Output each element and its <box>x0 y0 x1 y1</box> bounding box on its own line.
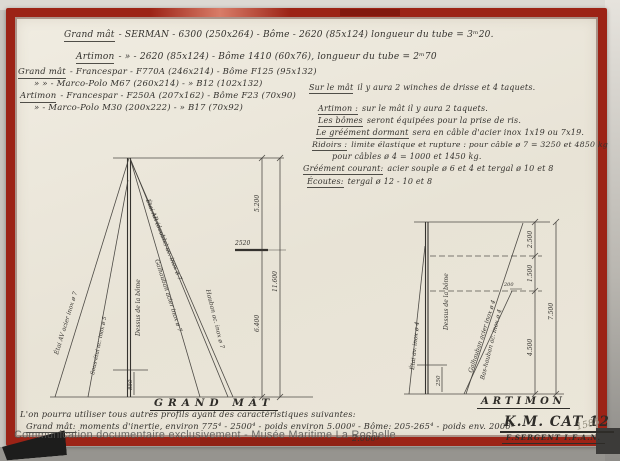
spec-label: Artimon <box>76 52 114 64</box>
author-signature: F.SERGENT I.F.A.N. <box>502 433 605 444</box>
note-line: Sur le mâtil y aura 2 winches de drisse … <box>309 83 535 92</box>
dim-small: 200 <box>503 282 514 288</box>
spec-label: Grand mât <box>64 30 115 42</box>
note-text: acier souple ø 6 et 4 et tergal ø 10 et … <box>387 164 553 173</box>
note-text: sur le mât il y aura 2 taquets. <box>362 104 488 113</box>
spec-text: - Francespar - F250A (207x162) - Bôme F2… <box>60 91 296 101</box>
spec-text: - SERMAN - 6300 (250x264) - Bôme - 2620 … <box>119 30 494 40</box>
note-text: sera en câble d'acier inox 1x19 ou 7x19. <box>413 128 585 137</box>
photo-margin-right <box>605 0 620 461</box>
dim-total: 11.600 <box>272 271 279 292</box>
note-line: Le gréément dormantsera en câble d'acier… <box>316 128 584 137</box>
note-line: pour câbles ø 4 = 1000 et 1450 kg. <box>332 152 482 161</box>
spec-line: Grand mât- Francespar - F770A (246x214) … <box>18 67 317 77</box>
note-text: seront équipées pour la prise de ris. <box>367 116 521 125</box>
stay-label-sous-etai: Sous-étai ac. inox ø 5 <box>89 315 108 375</box>
artimon-title: ARTIMON <box>477 396 570 409</box>
dim-spreader: 2520 <box>234 240 250 247</box>
artimon-diagram: Étai av. inox ø 4 Galhauban acier inox ø… <box>392 208 582 413</box>
dim-upper: 5.200 <box>254 195 261 212</box>
spec-text: - Marco-Polo M67 (260x214) - » B12 (102x… <box>51 79 263 89</box>
archive-watermark: Communication documentaire exclusivement… <box>14 429 396 441</box>
spec-text: - Francespar - F770A (246x214) - Bôme F1… <box>70 67 317 77</box>
spec-line: Artimon- » - 2620 (85x124) - Bôme 1410 (… <box>76 52 437 62</box>
boom-ref-label: Dessus de la bôme <box>443 273 450 331</box>
dim-boom-height: 850 <box>128 379 134 390</box>
note-line: Artimon :sur le mât il y aura 2 taquets. <box>318 104 488 113</box>
note-line: Les bômesseront équipées pour la prise d… <box>318 116 521 125</box>
dim-total: 7.500 <box>548 303 555 320</box>
stay-label-etai-av: Étai AV acier inox ø 7 <box>52 290 79 356</box>
note-text: tergal ø 12 - 10 et 8 <box>348 177 433 186</box>
note-text: pour câbles ø 4 = 1000 et 1450 kg. <box>332 152 482 161</box>
scanned-rigging-plan-photo: Grand mât- SERMAN - 6300 (250x264) - Bôm… <box>0 0 620 461</box>
note-line: Gréément courant:acier souple ø 6 et 4 e… <box>303 164 554 173</box>
note-label: Le gréément dormant <box>316 128 409 139</box>
spec-line: » - Marco-Polo M30 (200x222) - » B17 (70… <box>34 103 243 113</box>
spec-label: Grand mât <box>18 67 66 79</box>
spec-text: - Marco-Polo M30 (200x222) - » B17 (70x9… <box>42 103 243 113</box>
note-label: Les bômes <box>318 116 363 127</box>
spec-line: Grand mât- SERMAN - 6300 (250x264) - Bôm… <box>64 30 494 40</box>
note-text: limite élastique et rupture : pour câble… <box>351 140 608 149</box>
boom-ref-label: Dessus de la bôme <box>135 279 142 337</box>
spec-label: » <box>34 103 39 113</box>
stay-label-hauban: Hauban ac. inox ø 7 <box>204 288 226 350</box>
note-line: Ridoirs :limite élastique et rupture : p… <box>312 140 608 149</box>
dim-top: 2.500 <box>527 231 534 249</box>
stay-label-etai-av: Étai av. inox ø 4 <box>408 321 421 371</box>
frame-shadow-spot <box>340 9 400 16</box>
grand-mat-diagram: Étai AV acier inox ø 7 Étai AR (double) … <box>28 140 328 410</box>
dim-lower: 6.400 <box>254 315 261 332</box>
spec-text: - » - 2620 (85x124) - Bôme 1410 (60x76),… <box>118 52 436 62</box>
spec-line: Artimon- Francespar - F250A (207x162) - … <box>20 91 296 101</box>
frame-glare <box>150 8 290 17</box>
dim-mid: 1.500 <box>527 265 534 282</box>
spec-label: Artimon <box>20 91 56 103</box>
note-label: Sur le mât <box>309 83 353 94</box>
note-label: Artimon : <box>318 104 358 115</box>
footer-note-1: L'on pourra utiliser tous autres profils… <box>20 409 356 419</box>
spec-line: » » - Marco-Polo M67 (260x214) - » B12 (… <box>34 79 263 89</box>
dim-boom-height: 250 <box>436 375 442 387</box>
dim-lower: 4.500 <box>527 339 534 357</box>
spec-label: » » <box>34 79 48 89</box>
note-text: il y aura 2 winches de drisse et 4 taque… <box>357 83 535 92</box>
photo-margin-bottom <box>0 447 620 461</box>
